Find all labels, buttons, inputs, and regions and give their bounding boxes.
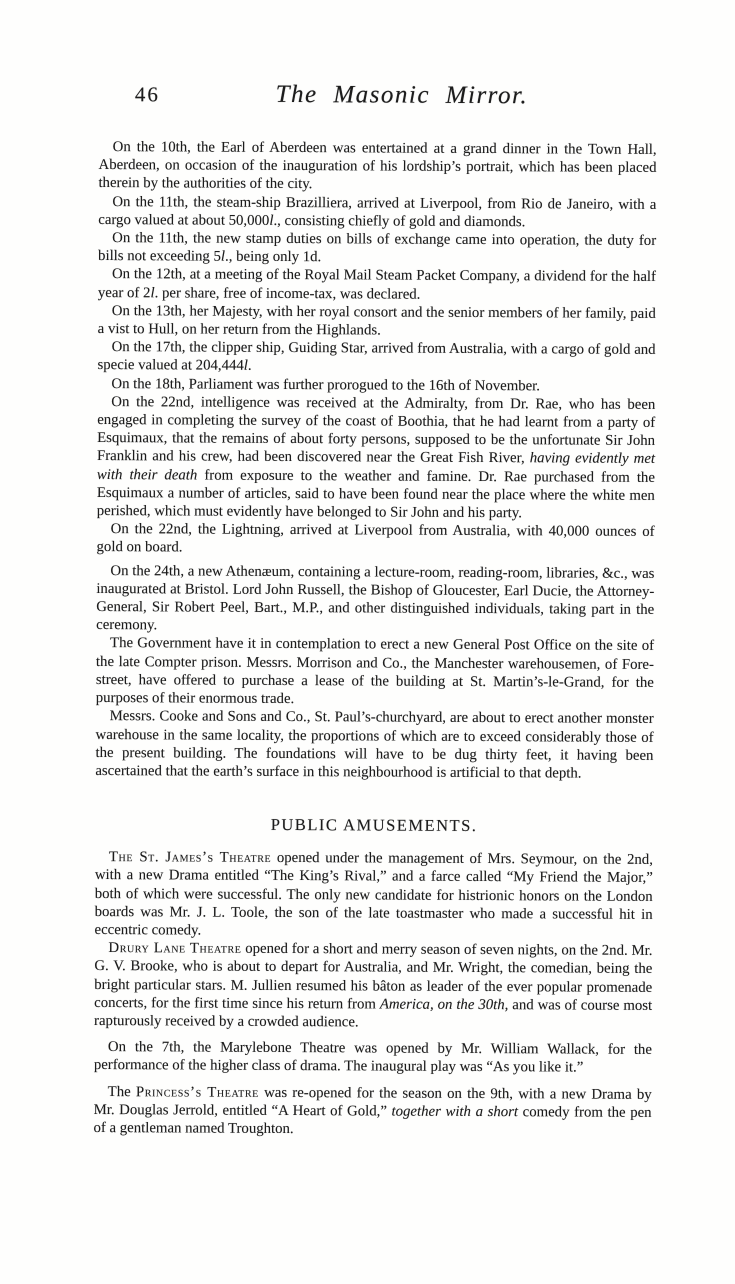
text-run: Drury Lane Theatre — [108, 940, 241, 957]
page-header: 46 The Masonic Mirror. — [99, 80, 657, 141]
news-section: On the 10th, the Earl of Aberdeen was en… — [95, 138, 656, 783]
paragraph: On the 13th, her Majesty, with her royal… — [98, 302, 656, 341]
paragraph: On the 24th, a new Athenæum, containing … — [96, 562, 654, 638]
text-run: On the 7th, the Marylebone Theatre was o… — [94, 1039, 652, 1076]
paragraph: The St. James’s Theatre opened under the… — [95, 848, 653, 942]
text-run: Messrs. Cooke and Sons and Co., St. Paul… — [95, 708, 653, 781]
amusements-section: The St. James’s Theatre opened under the… — [93, 848, 653, 1140]
paragraph: On the 11th, the new stamp duties on bil… — [98, 229, 656, 268]
text-run: The — [108, 1084, 136, 1100]
text-run: On the 11th, the new stamp duties on bil… — [98, 230, 656, 265]
text-run: The St. James’s Theatre — [109, 849, 271, 866]
paragraph: On the 22nd, the Lightning, arrived at L… — [97, 520, 655, 559]
paragraph: On the 17th, the clipper ship, Guiding S… — [97, 338, 655, 377]
text-run: On the 24th, a new Athenæum, containing … — [96, 563, 654, 634]
text-run: Princess’s Theatre — [136, 1084, 259, 1101]
text-run: On the 22nd, the Lightning, arrived at L… — [97, 521, 655, 556]
text-run: America, on the 30th, — [380, 996, 509, 1013]
text-run: On the 13th, her Majesty, with her royal… — [98, 303, 656, 339]
text-run: On the 10th, the Earl of Aberdeen was en… — [98, 139, 656, 192]
paragraph: Drury Lane Theatre opened for a short an… — [94, 939, 652, 1033]
text-run: . per share, free of income-tax, was dec… — [155, 285, 421, 302]
text-run: On the 17th, the clipper ship, Guiding S… — [97, 339, 655, 374]
paragraph: On the 22nd, intelligence was received a… — [97, 393, 656, 523]
journal-title: The Masonic Mirror. — [123, 80, 681, 111]
paragraph: On the 11th, the steam-ship Brazilliera,… — [98, 193, 656, 232]
text-run: . — [248, 358, 252, 374]
paragraph: On the 7th, the Marylebone Theatre was o… — [94, 1038, 652, 1077]
paragraph: Messrs. Cooke and Sons and Co., St. Paul… — [95, 707, 653, 783]
text-run: On the 18th, Parliament was further pror… — [111, 376, 540, 394]
text-run: ., being only 1d. — [225, 249, 321, 266]
paragraph: The Princess’s Theatre was re-opened for… — [93, 1083, 651, 1141]
text-run: The Government have it in contemplation … — [96, 636, 654, 708]
text-run: ., consisting chiefly of gold and diamon… — [273, 213, 525, 230]
page-content: 46 The Masonic Mirror. On the 10th, the … — [93, 80, 657, 1140]
paragraph: The Government have it in contemplation … — [96, 634, 654, 710]
paragraph: On the 12th, at a meeting of the Royal M… — [98, 265, 656, 304]
section-heading: PUBLIC AMUSEMENTS. — [95, 814, 653, 837]
text-run: together with a short — [391, 1103, 518, 1120]
scanned-page: 46 The Masonic Mirror. On the 10th, the … — [0, 0, 735, 1284]
paragraph: On the 10th, the Earl of Aberdeen was en… — [98, 138, 656, 196]
